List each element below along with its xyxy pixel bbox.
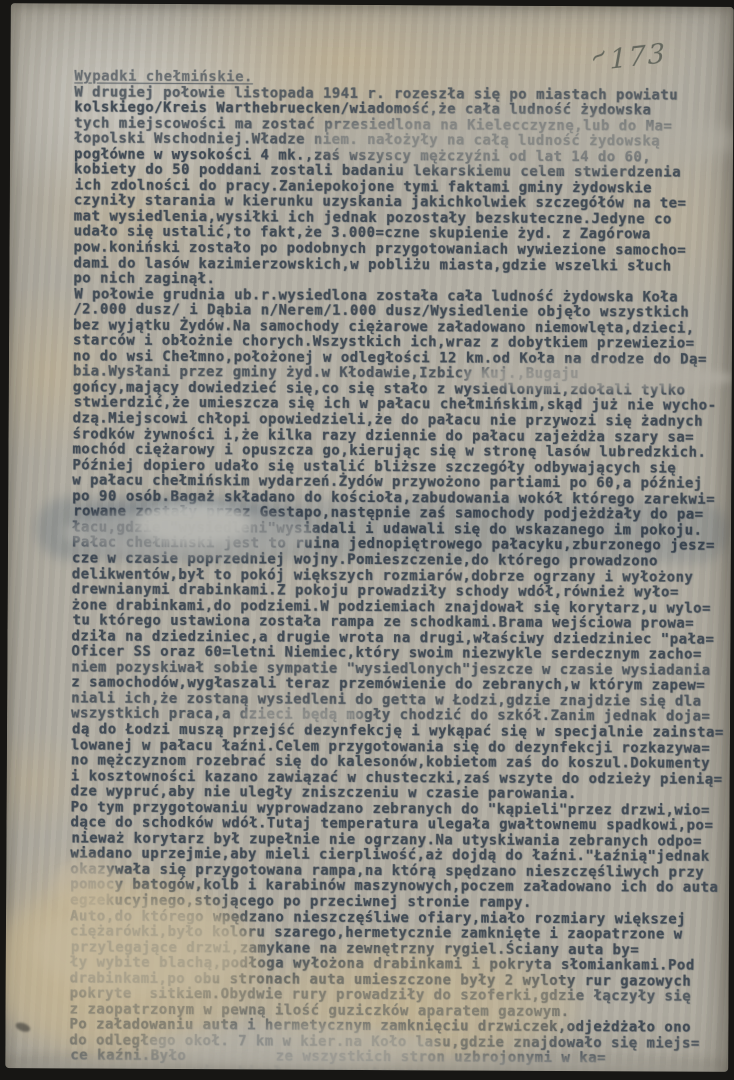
document-paper: ~173 Wypadki chełmińskie. W drugiej poło… [5, 3, 734, 1072]
pencil-speck [15, 1021, 32, 1034]
handwritten-page-number: ~173 [590, 40, 668, 76]
document-content: Wypadki chełmińskie. W drugiej połowie l… [69, 69, 729, 1071]
document-body: W drugiej połowie listopada 1941 r. roze… [69, 85, 729, 1072]
scan-background: ~173 Wypadki chełmińskie. W drugiej poło… [0, 0, 734, 1080]
pencil-page-number: 173 [610, 40, 667, 74]
